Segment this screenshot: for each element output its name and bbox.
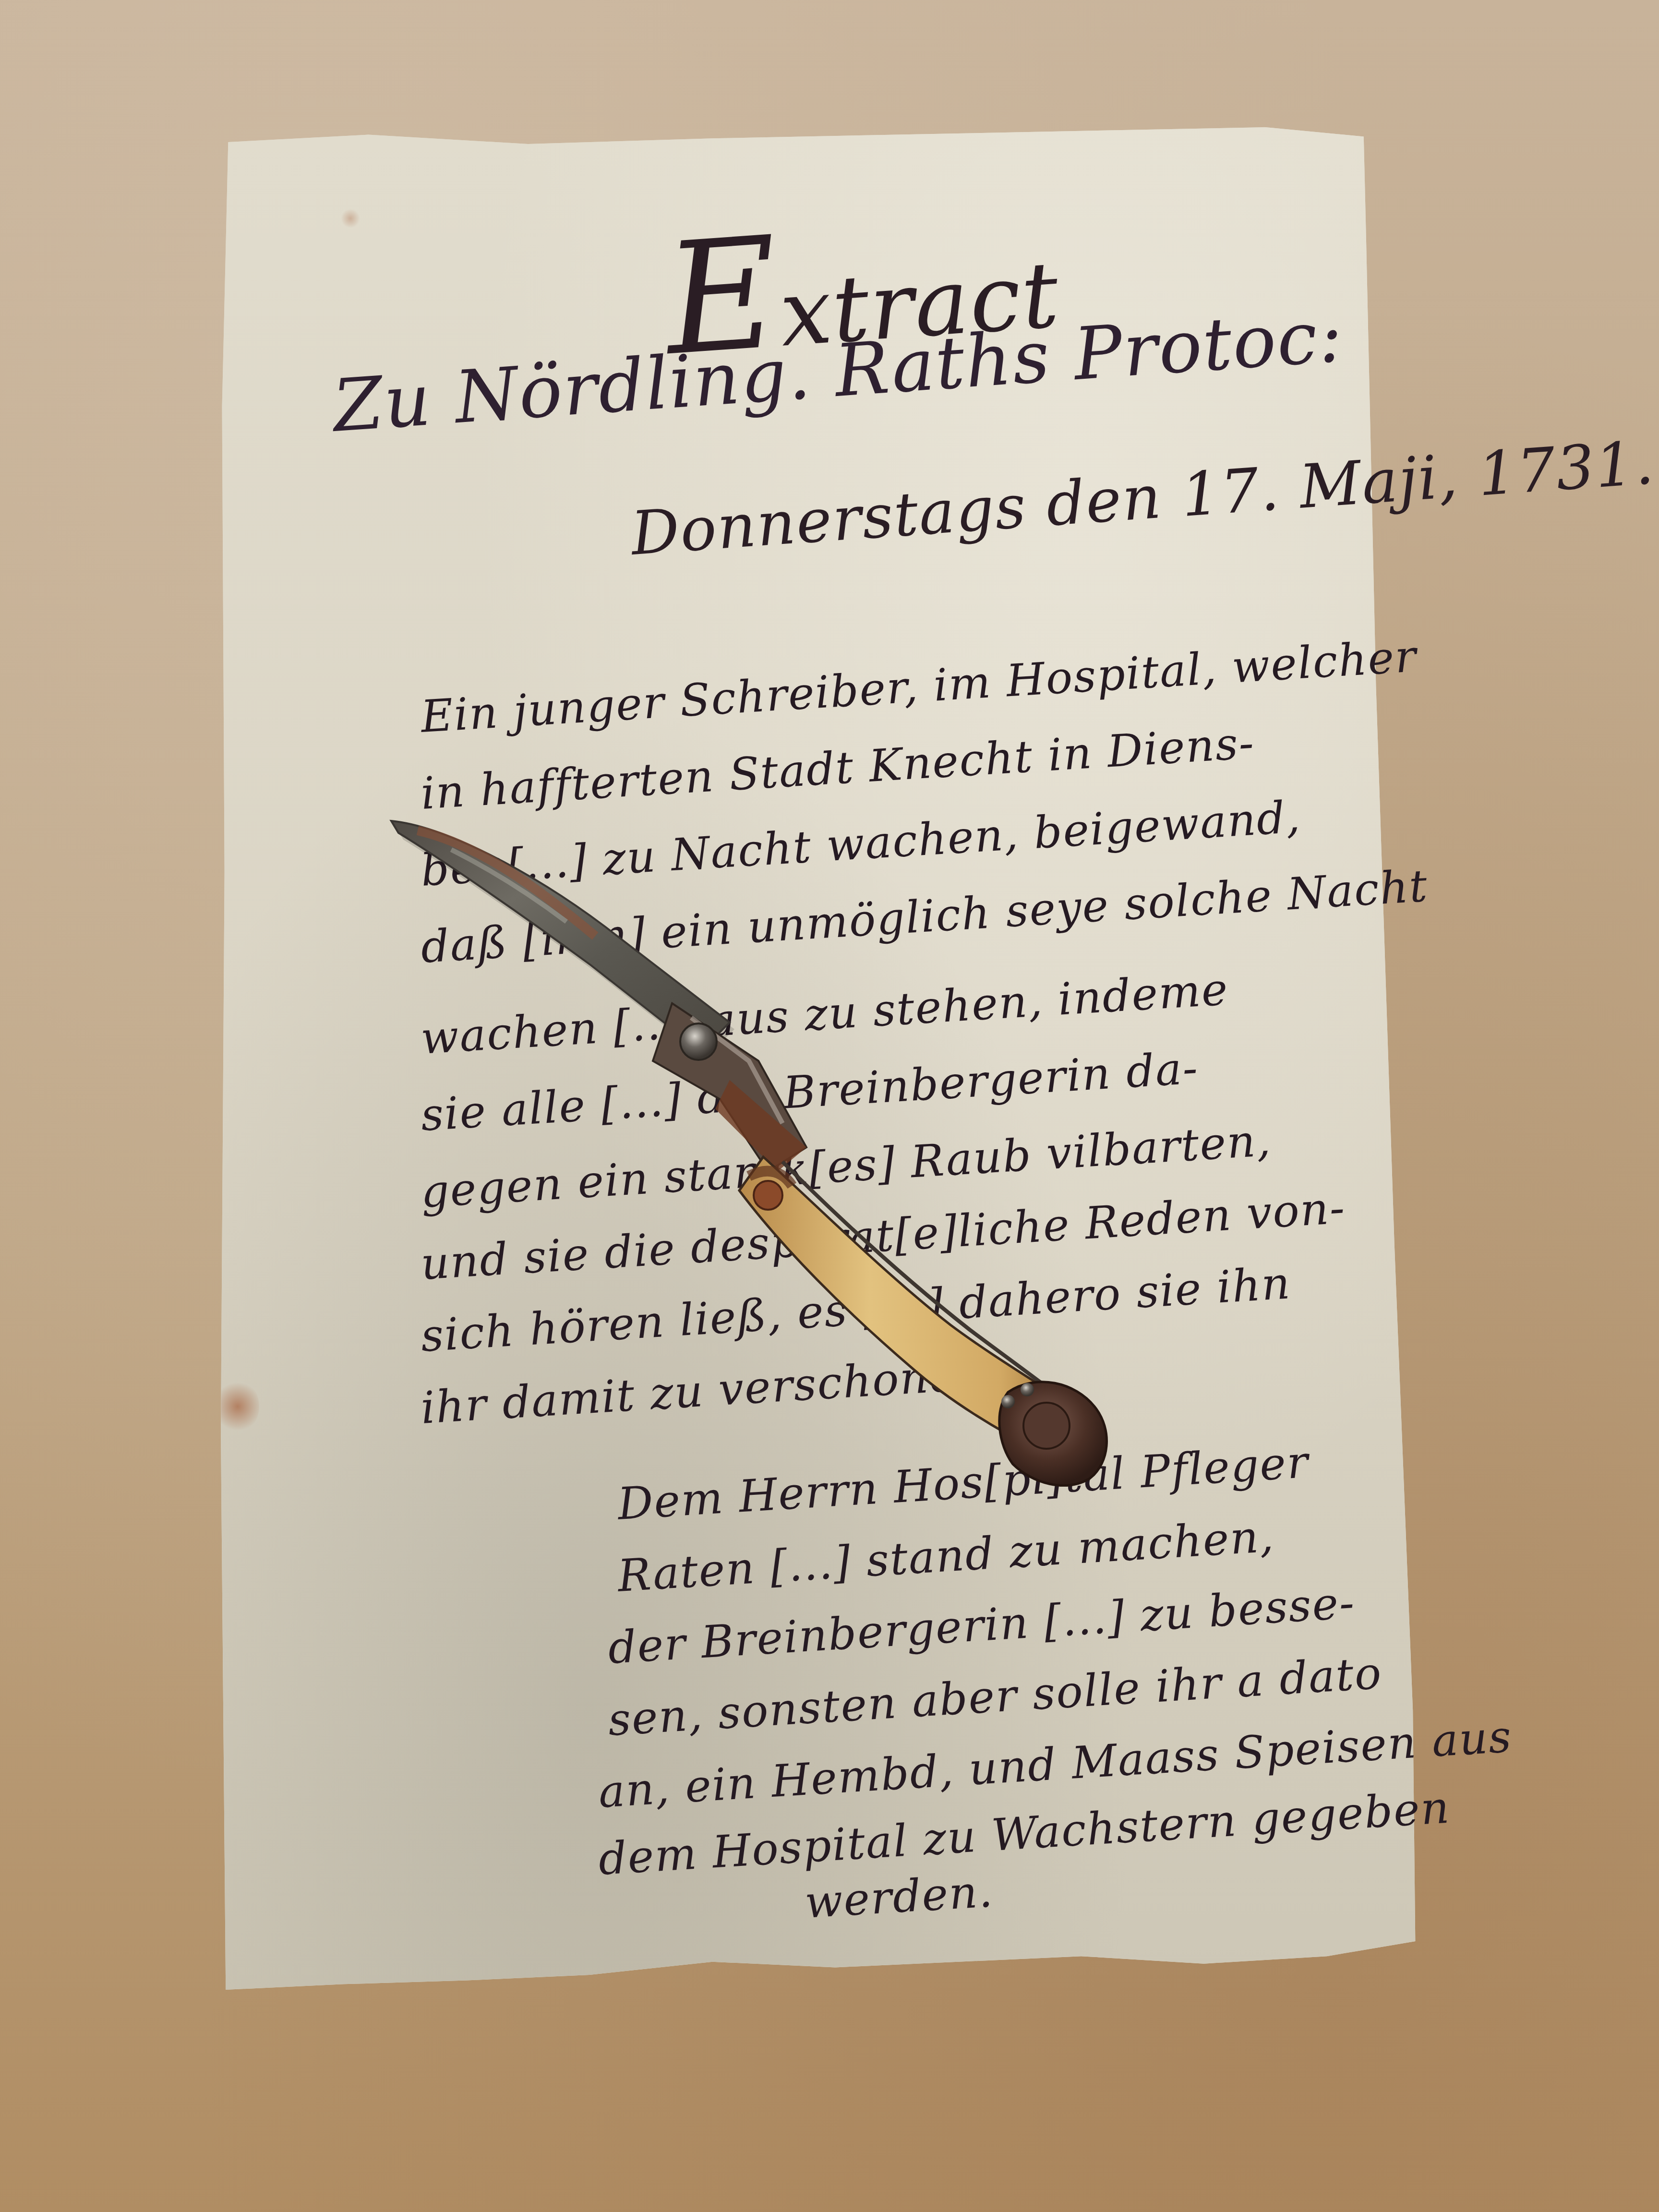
folding-knife <box>384 792 1200 1512</box>
foxing-spot <box>341 209 360 228</box>
rust-stain <box>216 1380 259 1433</box>
pommel-pin-icon <box>1021 1383 1034 1396</box>
knife-pommel <box>999 1382 1107 1486</box>
pommel-pin-icon <box>1001 1395 1015 1408</box>
handle-rivet-icon <box>754 1181 782 1210</box>
blade-pivot-rivet-icon <box>680 1023 717 1060</box>
